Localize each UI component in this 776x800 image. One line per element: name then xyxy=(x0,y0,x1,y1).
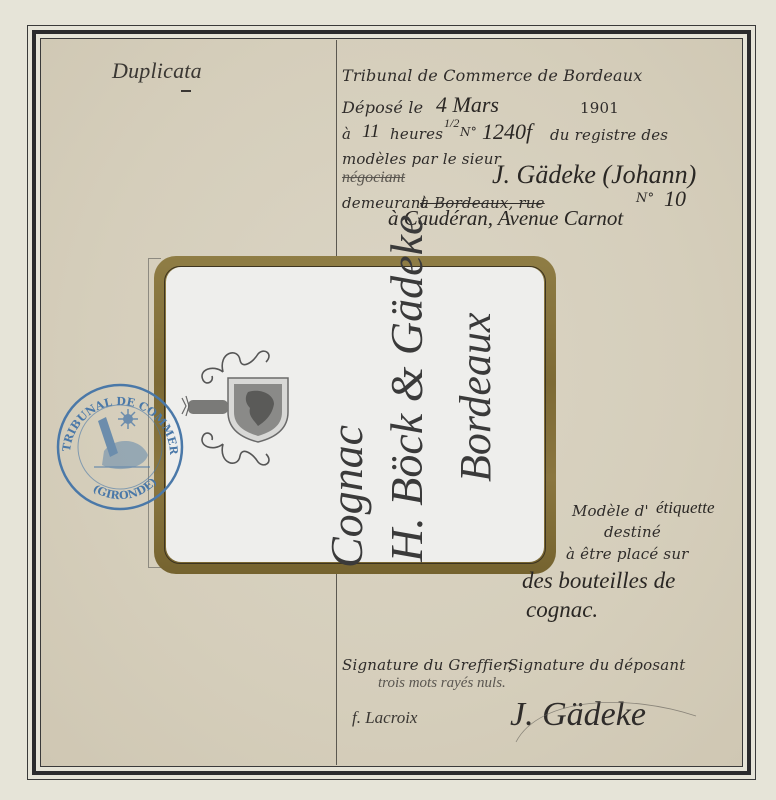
court-title: Tribunal de Commerce de Bordeaux xyxy=(342,66,643,85)
label-product-name: Cognac xyxy=(320,425,373,568)
deposit-year: 1901 xyxy=(580,99,619,117)
duplicata-underline xyxy=(181,90,191,92)
street-number-label: N° xyxy=(636,191,654,206)
profession-struck: négociant xyxy=(342,169,405,187)
duplicata-note: Duplicata xyxy=(112,58,202,84)
destined-label: destiné xyxy=(604,523,661,541)
depositor-signature-label: Signature du déposant xyxy=(508,656,685,674)
register-suffix: du registre des xyxy=(550,126,668,144)
hour-label: heures xyxy=(390,125,443,143)
label-maker-name: H. Böck & Gädeke xyxy=(380,215,433,562)
time-prefix: à xyxy=(342,125,351,143)
heraldic-crest-icon xyxy=(178,342,308,474)
register-number: 1240f xyxy=(482,119,532,145)
models-by-label: modèles par le sieur xyxy=(342,150,501,168)
struck-words-annotation: trois mots rayés nuls. xyxy=(378,675,506,692)
model-type: étiquette xyxy=(656,498,715,518)
number-label: N° xyxy=(460,125,477,139)
deposit-date: 4 Mars xyxy=(436,92,499,118)
label-city: Bordeaux xyxy=(450,313,501,482)
deposit-hour: 11 xyxy=(362,121,380,143)
deposited-label: Déposé le xyxy=(342,98,423,117)
model-of-label: Modèle d' xyxy=(572,502,649,520)
street-number: 10 xyxy=(664,186,686,212)
signature-flourish xyxy=(510,686,700,766)
hour-fraction: 1/2 xyxy=(444,116,459,131)
bottles-text: des bouteilles de xyxy=(522,568,675,594)
clerk-signature-label: Signature du Greffier, xyxy=(342,656,513,674)
tribunal-seal-stamp: TRIBUNAL DE COMMERCE DE BORDEAUX (GIROND… xyxy=(54,381,186,513)
clerk-signature: f. Lacroix xyxy=(352,708,417,728)
placed-on-label: à être placé sur xyxy=(566,545,689,563)
cognac-text: cognac. xyxy=(526,597,598,623)
